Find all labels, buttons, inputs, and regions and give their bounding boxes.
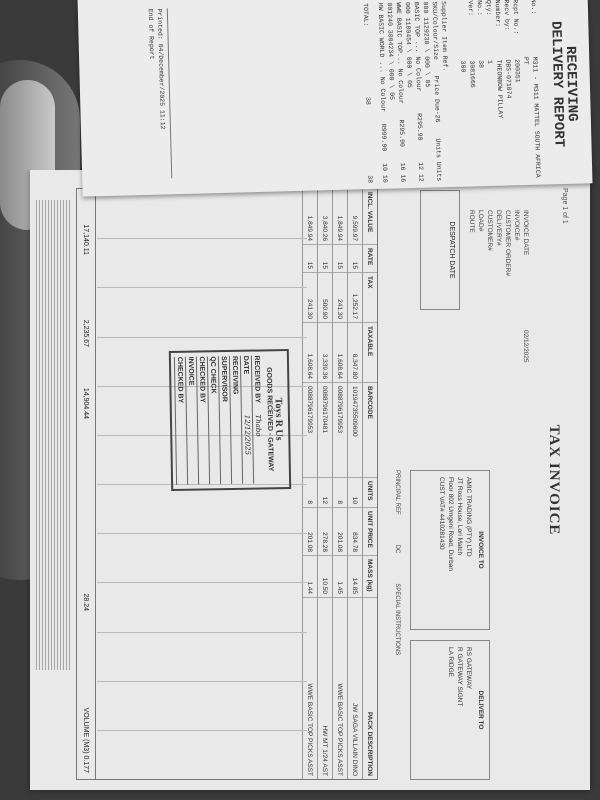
slip-field-key: No.: xyxy=(475,0,486,60)
reference-labels: PRINCIPAL REF DC SPECIAL INSTRUCTIONS xyxy=(394,470,400,770)
stamp-field-value: 12/12/2025 xyxy=(243,415,252,455)
slip-field-key: Number: xyxy=(493,0,504,60)
slip-field-key: Rcpt No.: xyxy=(511,0,522,59)
meta-label: INVOICE# xyxy=(512,210,521,300)
slip-total-q2: 38 xyxy=(365,175,374,183)
stamp-field-label: DATE xyxy=(242,356,250,411)
deliver-to-line: LA RIDGE xyxy=(446,647,455,773)
cell-units: 10 xyxy=(348,477,362,507)
slip-row-price: R999.90 xyxy=(379,124,389,152)
tax-invoice: Page 1 of 1 TAX INVOICE INVOICE DATE02/1… xyxy=(30,170,590,790)
invoice-to-heading: INVOICE TO xyxy=(476,477,485,623)
slip-total-row: TOTAL: 38 38 xyxy=(361,3,375,183)
stamp-field: RECEIVED BYThabo xyxy=(251,355,264,483)
invoice-to-line: CUST VAT# 4410281430 xyxy=(437,477,446,623)
total-incl-value: 17,140.11 xyxy=(83,189,90,261)
table-row: 3,840.2615500.903,339.360088796170481122… xyxy=(317,189,332,779)
slip-row-price: R295.90 xyxy=(397,119,407,147)
slip-row-qty: 16 16 xyxy=(398,163,408,183)
cell-barcode: 10194735509600 xyxy=(348,382,362,477)
slip-total-q1: 38 xyxy=(363,97,372,105)
deliver-to-heading: DELIVER TO xyxy=(476,647,485,773)
slip-footer: Printed: 04/December/2025 11:12 End of R… xyxy=(146,8,172,179)
slip-field-key: Ver: xyxy=(466,0,477,60)
cell-tax: 1,252.17 xyxy=(348,272,362,322)
cell-taxable: 8,347.80 xyxy=(348,322,362,382)
total-mass: 28.24 xyxy=(83,587,90,617)
cell-rate: 15 xyxy=(333,244,347,272)
stamp-field-value: Thabo xyxy=(254,414,262,436)
invoice-to-box: INVOICE TO AMIC TRADING (PTY) LTD JT Ros… xyxy=(410,470,490,630)
stamp-field-label: SUPERVISOR xyxy=(220,356,228,411)
cell-unit-price: 834.78 xyxy=(348,507,362,555)
stamp-field: SUPERVISOR xyxy=(218,356,231,484)
cell-mass: 1.45 xyxy=(333,555,347,597)
meta-label: ROUTE xyxy=(467,210,476,300)
slip-field-value: THEONBOW PILLAY xyxy=(494,60,505,119)
slip-field-value: 1 xyxy=(485,60,494,64)
meta-label: DELIVERY# xyxy=(494,210,503,300)
stamp-field-label: QC CHECK xyxy=(209,356,217,411)
slip-field-value: M311 - M311 MATTEL SOUTH AFRICA PT xyxy=(521,57,542,185)
meta-row: INVOICE# xyxy=(512,210,521,363)
meta-row: ROUTE xyxy=(467,210,476,363)
cell-incl-value: 3,840.26 xyxy=(318,189,332,244)
stamp-field: CHECKED BY xyxy=(196,356,209,484)
slip-field-key xyxy=(457,1,468,61)
slip-units-header: Units Units xyxy=(433,138,443,181)
col-mass: MASS (kg) xyxy=(363,555,377,597)
meta-row: LOAD# xyxy=(476,210,485,363)
cell-units: 8 xyxy=(333,477,347,507)
slip-price-header: Price Due-26 xyxy=(432,76,442,123)
invoice-meta: INVOICE DATE02/12/2025INVOICE#CUSTOMER O… xyxy=(467,210,530,363)
slip-field-value: 38 xyxy=(476,60,485,68)
cell-tax: 500.90 xyxy=(318,272,332,322)
meta-row: DELIVERY# xyxy=(494,210,503,363)
receiving-delivery-report-slip: RECEIVING DELIVERY REPORT No.:M311 - M31… xyxy=(77,0,592,197)
slip-field-key: Recv by: xyxy=(502,0,513,60)
stamp-field-label: CHECKED BY xyxy=(198,356,206,411)
invoice-sheet-wrap: Page 1 of 1 TAX INVOICE INVOICE DATE02/1… xyxy=(20,170,600,800)
stamp-field-label: RECEIVED BY xyxy=(253,355,261,410)
stamp-field-label: INVOICE xyxy=(187,357,195,412)
invoice-to-line: JT Ross House, Lori Match xyxy=(455,477,464,623)
slip-field-value: 3081666 xyxy=(467,60,477,88)
meta-row: CUSTOMER# xyxy=(485,210,494,363)
col-rate: RATE xyxy=(363,244,377,272)
total-volume: VOLUME (M3) 0.177 xyxy=(83,617,90,779)
cell-mass: 14.85 xyxy=(348,555,362,597)
despatch-date-box: DESPATCH DATE xyxy=(420,190,460,310)
table-row: 1,849.9415241.301,608.640088796179953820… xyxy=(332,189,347,779)
totals-row: 17,140.11 2,235.67 14,904.44 28.24 VOLUM… xyxy=(77,189,96,779)
total-taxable: 14,904.44 xyxy=(83,353,90,425)
stamp-field-label: RECEIVING xyxy=(231,356,239,411)
slip-field-key: No.: xyxy=(520,0,540,57)
stamp-fields: RECEIVED BYThaboDATE12/12/2025RECEIVINGS… xyxy=(174,355,264,485)
slip-field-value: DBS-071074 xyxy=(503,59,513,98)
stamp-field: RECEIVING xyxy=(229,356,242,484)
cell-units: 12 xyxy=(318,477,332,507)
slip-field-key: Qty: xyxy=(484,0,495,60)
table-row: 9,599.97151,252.178,347.8010194735509600… xyxy=(347,189,362,779)
table-body: 9,599.97151,252.178,347.8010194735509600… xyxy=(302,189,362,779)
cell-unit-price: 278.28 xyxy=(318,507,332,555)
col-incl-value: INCL. VALUE xyxy=(363,189,377,244)
invoice-to-line: AMIC TRADING (PTY) LTD xyxy=(464,477,473,623)
cell-incl-value: 9,599.97 xyxy=(348,189,362,244)
slip-field-value: 300 xyxy=(458,61,467,73)
meta-value: 02/12/2025 xyxy=(521,330,530,363)
meta-label: INVOICE DATE xyxy=(521,210,530,300)
cell-unit-price: 201.08 xyxy=(333,507,347,555)
slip-field: No.:M311 - M311 MATTEL SOUTH AFRICA PT xyxy=(520,0,543,185)
cell-tax: 241.30 xyxy=(333,272,347,322)
deliver-to-line: RS GATEWAY xyxy=(464,647,473,773)
slip-row-price: R295.90 xyxy=(415,113,425,141)
ref-principal: PRINCIPAL REF xyxy=(394,470,400,515)
slip-row-qty: 10 10 xyxy=(380,163,390,183)
table-header: INCL. VALUE RATE TAX TAXABLE BARCODE UNI… xyxy=(362,189,377,779)
ref-dc: DC xyxy=(394,545,400,554)
stamp-field: INVOICE xyxy=(185,357,198,485)
cell-barcode: 0088796179953 xyxy=(333,382,347,477)
goods-received-stamp: Toys R Us GOODS RECEIVED - GATEWAY RECEI… xyxy=(169,349,291,491)
meta-label: CUSTOMER# xyxy=(485,210,494,300)
slip-total-label: TOTAL: xyxy=(361,3,371,27)
total-tax: 2,235.67 xyxy=(83,261,90,353)
deliver-to-box: DELIVER TO RS GATEWAY R GATEWAY SIGNT LA… xyxy=(410,640,490,780)
cell-taxable: 1,608.64 xyxy=(333,322,347,382)
col-taxable: TAXABLE xyxy=(363,322,377,382)
slip-field-value: 200351 xyxy=(512,59,522,83)
terms-fine-print xyxy=(36,200,70,670)
col-pack-description: PACK DESCRIPTION xyxy=(363,597,377,779)
slip-rows: 000 1129230 \ 000 \ 05BASIC TOP ... No C… xyxy=(376,1,435,182)
cell-description: WWE BASIC TOP PICKS ASST xyxy=(333,597,347,779)
cell-rate: 15 xyxy=(318,244,332,272)
stamp-field: CHECKED BY xyxy=(174,357,187,485)
invoice-title: TAX INVOICE xyxy=(545,170,562,790)
slip-line-items: Supplier Item Ref. SKU/Colour/Size Price… xyxy=(361,1,453,183)
col-barcode: BARCODE xyxy=(363,382,377,477)
stamp-field: QC CHECK xyxy=(207,356,220,484)
cell-incl-value: 1,849.94 xyxy=(333,189,347,244)
stamp-field: DATE12/12/2025 xyxy=(240,356,253,484)
slip-title: RECEIVING DELIVERY REPORT xyxy=(547,0,580,184)
cell-taxable: 3,339.36 xyxy=(318,322,332,382)
slip-fields: No.:M311 - M311 MATTEL SOUTH AFRICA PTRc… xyxy=(457,0,543,187)
page-number: Page 1 of 1 xyxy=(561,188,568,224)
stamp-field-label: CHECKED BY xyxy=(176,357,184,412)
stamp-brand: Toys R Us xyxy=(272,355,285,483)
meta-row: CUSTOMER ORDER# xyxy=(503,210,512,363)
slip-row-qty: 12 12 xyxy=(416,162,426,182)
meta-label: LOAD# xyxy=(476,210,485,300)
cell-description: HW MT 1/24 AST xyxy=(318,597,332,779)
ref-special-instructions: SPECIAL INSTRUCTIONS xyxy=(394,583,400,655)
col-unit-price: UNIT PRICE xyxy=(363,507,377,555)
col-units: UNITS xyxy=(363,477,377,507)
deliver-to-line: R GATEWAY SIGNT xyxy=(455,647,464,773)
col-tax: TAX xyxy=(363,272,377,322)
cell-mass: 10.50 xyxy=(318,555,332,597)
cell-rate: 15 xyxy=(348,244,362,272)
cell-barcode: 0088796170481 xyxy=(318,382,332,477)
meta-label: CUSTOMER ORDER# xyxy=(503,210,512,300)
meta-row: INVOICE DATE02/12/2025 xyxy=(521,210,530,363)
invoice-to-line: Floor 802 Umgeni Road, Durban xyxy=(446,477,455,623)
cell-description: JW SAGA VILLAIN DINO xyxy=(348,597,362,779)
slip-size-header: SKU/Colour/Size xyxy=(430,1,441,60)
